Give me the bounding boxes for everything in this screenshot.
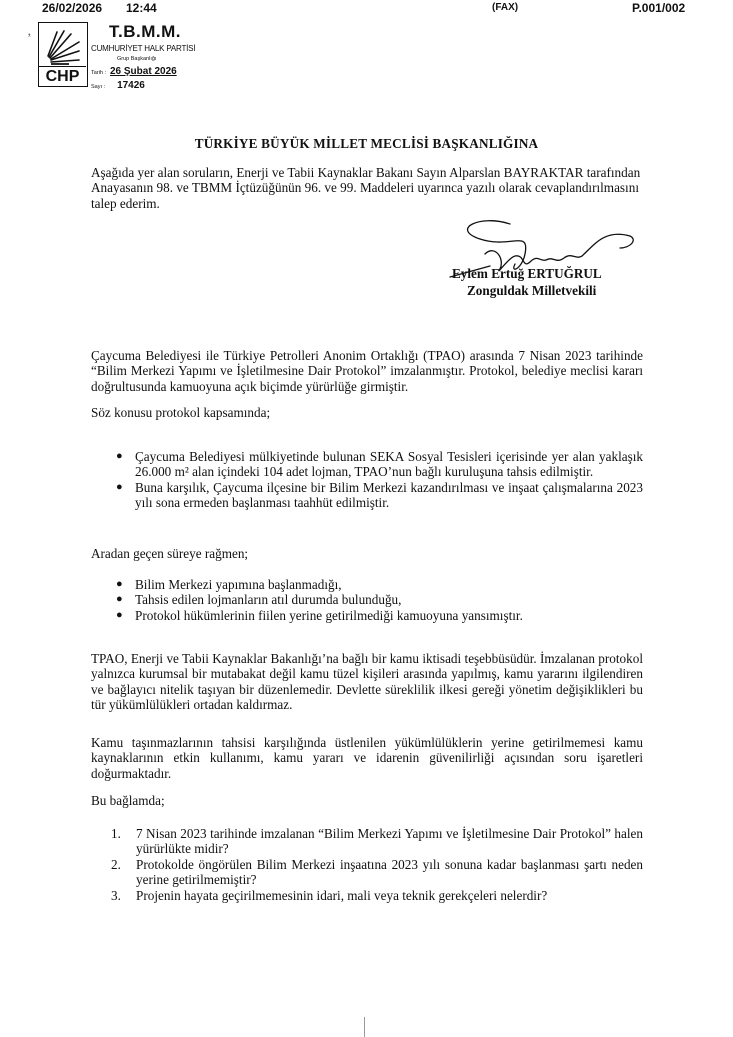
tpao-paragraph: TPAO, Enerji ve Tabii Kaynaklar Bakanlığ… [91,651,643,713]
questions-list: 1.7 Nisan 2023 tarihinde imzalanan “Bili… [111,826,643,903]
bullet-icon: ● [116,449,123,464]
signer-name: Eylem Ertuğ ERTUĞRUL [452,266,602,281]
public-interest-paragraph: Kamu taşınmazlarının tahsisi karşılığınd… [91,735,643,781]
list-item: ●Çaycuma Belediyesi mülkiyetinde bulunan… [116,449,643,480]
number-value: 17426 [117,80,145,91]
intro-paragraph: Aşağıda yer alan soruların, Enerji ve Ta… [91,165,643,211]
party-name: CUMHURİYET HALK PARTİSİ [91,44,195,53]
list-item: ●Bilim Merkezi yapımına başlanmadığı, [116,577,643,592]
fax-date: 26/02/2026 [42,1,102,15]
bullet-icon: ● [116,592,123,607]
number-label: Sayı : [91,84,105,90]
institution-title: T.B.M.M. [109,22,181,42]
since-intro: Aradan geçen süreye rağmen; [91,546,643,561]
document-date: Tarih :26 Şubat 2026 [91,66,177,77]
fax-time: 12:44 [126,1,157,15]
since-list: ●Bilim Merkezi yapımına başlanmadığı, ●T… [116,577,643,623]
question-item: 2.Protokolde öngörülen Bilim Merkezi inş… [111,857,643,888]
context-paragraph: Çaycuma Belediyesi ile Türkiye Petroller… [91,348,643,394]
fax-label: (FAX) [492,2,518,13]
fax-page-number: P.001/002 [632,1,685,15]
chp-logo: CHP [38,22,88,87]
bullet-icon: ● [116,480,123,495]
document-number: Sayı :17426 [91,80,145,91]
fax-header: 26/02/2026 12:44 (FAX) P.001/002 [0,0,733,16]
scan-mark: ᵜ [28,33,31,40]
date-label: Tarih : [91,70,106,76]
page-fold-mark [364,1017,365,1037]
page-title: TÜRKİYE BÜYÜK MİLLET MECLİSİ BAŞKANLIĞIN… [0,136,733,152]
question-item: 1.7 Nisan 2023 tarihinde imzalanan “Bili… [111,826,643,857]
date-value: 26 Şubat 2026 [110,66,177,77]
six-arrows-icon [39,23,86,67]
questions-intro: Bu bağlamda; [91,793,643,808]
bullet-icon: ● [116,577,123,592]
question-item: 3.Projenin hayata geçirilmemesinin idari… [111,888,643,903]
scope-list: ●Çaycuma Belediyesi mülkiyetinde bulunan… [116,449,643,511]
bullet-icon: ● [116,608,123,623]
list-item: ●Protokol hükümlerinin fiilen yerine get… [116,608,643,623]
signer-title: Zonguldak Milletvekili [467,283,596,298]
list-item: ●Buna karşılık, Çaycuma ilçesine bir Bil… [116,480,643,511]
group-name: Grup Başkanlığı [117,56,156,62]
chp-logo-text: CHP [39,67,86,86]
scope-intro: Söz konusu protokol kapsamında; [91,405,643,420]
list-item: ●Tahsis edilen lojmanların atıl durumda … [116,592,643,607]
